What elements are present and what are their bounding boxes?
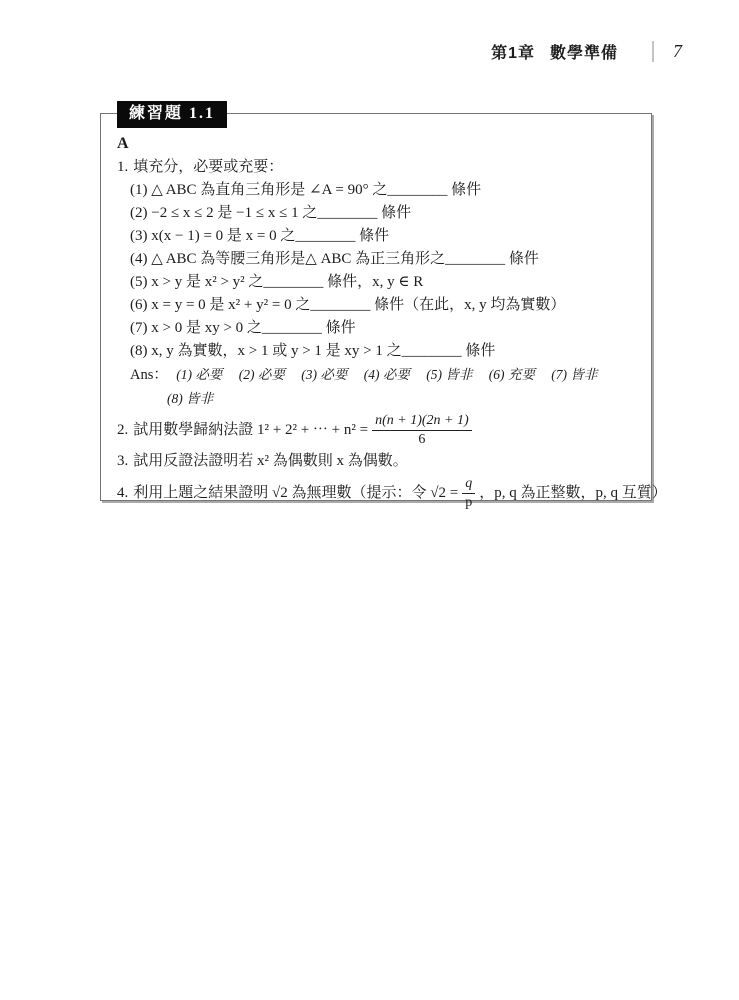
problem-4: 4. 利用上題之結果證明 √2 為無理數（提示：令 √2 = q p ，p, q… — [117, 476, 637, 511]
fraction-denominator: 6 — [418, 431, 425, 448]
problem-3-number: 3. — [117, 450, 128, 473]
problem-4-text-before: 利用上題之結果證明 √2 為無理數（提示：令 √2 = — [133, 482, 458, 505]
answer-1: (1) 必要 — [176, 367, 222, 382]
fraction-denominator: p — [465, 494, 472, 511]
problem-2: 2. 試用數學歸納法證 1² + 2² + ⋯ + n² = n(n + 1)(… — [117, 413, 637, 448]
answer-4: (4) 必要 — [364, 367, 410, 382]
problem-4-text-after: ，p, q 為正整數，p, q 互質） — [479, 482, 667, 505]
subitem-5: (5) x > y 是 x² > y² 之________ 條件，x, y ∈ … — [130, 271, 637, 294]
problem-2-text: 試用數學歸納法證 1² + 2² + ⋯ + n² = — [133, 419, 368, 442]
group-label: A — [117, 134, 637, 154]
page-header: 第1章 數學準備 7 — [491, 40, 683, 63]
answer-2: (2) 必要 — [239, 367, 285, 382]
exercise-box-content: A 1. 填充分，必要或充要： (1) △ ABC 為直角三角形是 ∠A = 9… — [101, 114, 651, 511]
answers-label: Ans： — [130, 367, 168, 383]
problem-1-prompt-line: 1. 填充分，必要或充要： — [117, 156, 637, 179]
subitem-8: (8) x, y 為實數，x > 1 或 y > 1 是 xy > 1 之___… — [130, 340, 637, 363]
subitem-4: (4) △ ABC 為等腰三角形是△ ABC 為正三角形之________ 條件 — [130, 248, 637, 271]
problem-2-number: 2. — [117, 419, 128, 442]
problem-1-prompt: 填充分，必要或充要： — [133, 156, 283, 179]
subitem-1: (1) △ ABC 為直角三角形是 ∠A = 90° 之________ 條件 — [130, 179, 637, 202]
answer-3: (3) 必要 — [301, 367, 347, 382]
fraction-numerator: n(n + 1)(2n + 1) — [372, 413, 472, 431]
chapter-title: 數學準備 — [550, 40, 618, 63]
answers-row-2: (8) 皆非 — [167, 387, 637, 410]
exercise-box: 練習題 1.1 A 1. 填充分，必要或充要： (1) △ ABC 為直角三角形… — [100, 113, 652, 501]
problem-4-number: 4. — [117, 482, 128, 505]
subitem-3: (3) x(x − 1) = 0 是 x = 0 之________ 條件 — [130, 225, 637, 248]
subitem-7: (7) x > 0 是 xy > 0 之________ 條件 — [130, 317, 637, 340]
header-divider — [652, 41, 654, 62]
answers-row-1: Ans： (1) 必要 (2) 必要 (3) 必要 (4) 必要 (5) 皆非 … — [130, 363, 637, 387]
answer-5: (5) 皆非 — [426, 367, 472, 382]
chapter-label: 第1章 — [491, 40, 535, 63]
problem-1-number: 1. — [117, 156, 128, 179]
page-number: 7 — [673, 41, 683, 62]
exercise-box-title: 練習題 1.1 — [117, 101, 227, 128]
fraction-numerator: q — [462, 476, 475, 494]
subitem-2: (2) −2 ≤ x ≤ 2 是 −1 ≤ x ≤ 1 之________ 條件 — [130, 202, 637, 225]
problem-3: 3. 試用反證法證明若 x² 為偶數則 x 為偶數。 — [117, 450, 637, 473]
problem-3-text: 試用反證法證明若 x² 為偶數則 x 為偶數。 — [133, 450, 408, 473]
problem-1-answers: Ans： (1) 必要 (2) 必要 (3) 必要 (4) 必要 (5) 皆非 … — [130, 363, 637, 410]
subitem-6: (6) x = y = 0 是 x² + y² = 0 之________ 條件… — [130, 294, 637, 317]
answer-8: (8) 皆非 — [167, 391, 213, 406]
problem-1: 1. 填充分，必要或充要： (1) △ ABC 為直角三角形是 ∠A = 90°… — [117, 156, 637, 410]
problem-2-fraction: n(n + 1)(2n + 1) 6 — [372, 413, 472, 448]
problem-4-fraction: q p — [462, 476, 475, 511]
textbook-page: 第1章 數學準備 7 練習題 1.1 A 1. 填充分，必要或充要： (1) △… — [0, 0, 739, 1000]
answer-6: (6) 充要 — [489, 367, 535, 382]
answer-7: (7) 皆非 — [551, 367, 597, 382]
problem-1-subitems: (1) △ ABC 為直角三角形是 ∠A = 90° 之________ 條件 … — [130, 179, 637, 363]
